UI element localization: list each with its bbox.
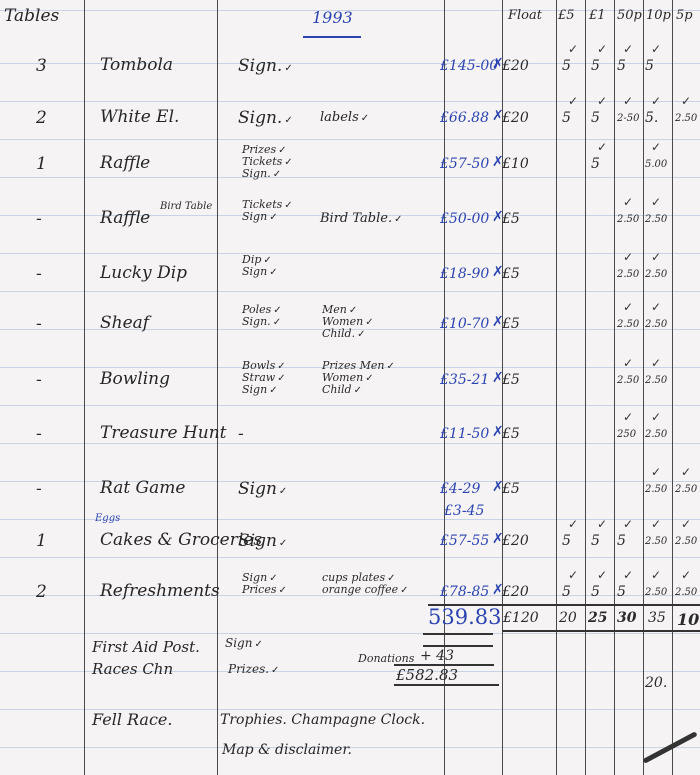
float-amount: £10 (502, 156, 529, 172)
check-icon: ✓ (623, 42, 633, 56)
check-icon: ✓ (651, 465, 661, 479)
column-divider (84, 0, 85, 775)
coin-c1: 5 (591, 58, 600, 74)
stall-name: Raffle (100, 208, 150, 228)
cross-mark-icon: ✗ (492, 582, 504, 598)
cross-mark-icon: ✗ (492, 531, 504, 547)
check-icon: ✓ (651, 568, 661, 582)
coin-c5p: 2.50 (675, 587, 697, 598)
col-50p: 50p (617, 8, 642, 23)
total-float: £120 (503, 610, 539, 626)
cross-mark-icon: ✗ (492, 424, 504, 440)
float-amount: £5 (502, 316, 520, 332)
prep-item: Sign (238, 531, 287, 551)
coin-c5p: 2.50 (675, 484, 697, 495)
tables-count: 2 (36, 108, 47, 128)
coin-c10p: 2.50 (645, 319, 667, 330)
prep-item: Sign. (238, 108, 293, 128)
check-icon: ✓ (623, 250, 633, 264)
check-icon: ✓ (681, 568, 691, 582)
column-divider (614, 0, 615, 775)
check-icon: ✓ (568, 42, 578, 56)
coin-c5: 5 (562, 533, 571, 549)
total-10p: 35 (648, 610, 666, 626)
coin-c50p: 2.50 (617, 214, 639, 225)
stall-name: Sheaf (100, 313, 149, 333)
float-amount: £5 (502, 481, 520, 497)
column-divider (556, 0, 557, 775)
tables-header: Tables (4, 6, 59, 26)
cross-mark-icon: ✗ (492, 479, 504, 495)
prep-item: Sign. (238, 56, 293, 76)
stall-name: Refreshments (100, 581, 220, 601)
races-items: Prizes. (228, 664, 279, 676)
col-float: Float (508, 8, 542, 23)
stall-name: Raffle (100, 153, 150, 173)
coin-c1: 5 (591, 533, 600, 549)
takings: £18-90 (440, 266, 489, 282)
coin-c10p: 2.50 (645, 536, 667, 547)
coin-c10p: 5. (645, 110, 658, 126)
takings: £50-00 (440, 211, 489, 227)
takings: £4-29 (440, 481, 480, 497)
check-icon: ✓ (597, 140, 607, 154)
check-icon: ✓ (651, 42, 661, 56)
stall-name: Treasure Hunt (100, 423, 226, 443)
prep-item: Prices (242, 584, 287, 596)
column-divider (217, 0, 218, 775)
column-divider (672, 0, 673, 775)
check-icon: ✓ (568, 568, 578, 582)
tables-count: - (36, 370, 42, 390)
tables-count: - (36, 264, 42, 284)
cross-mark-icon: ✗ (492, 108, 504, 124)
grand-total: £582.83 (396, 666, 458, 684)
column-divider (585, 0, 586, 775)
float-amount: £5 (502, 372, 520, 388)
coin-c50p: 5 (617, 584, 626, 600)
prep-item: Sign. (242, 168, 281, 180)
races-10p-value: 20. (645, 675, 667, 691)
tables-count: 1 (36, 154, 47, 174)
takings: £145-00 (440, 58, 498, 74)
col-5-pound: £5 (558, 8, 575, 23)
takings-underline (423, 633, 493, 635)
takings: £35-21 (440, 372, 489, 388)
stall-name: Bowling (100, 369, 170, 389)
coin-c5p: 2.50 (675, 113, 697, 124)
check-icon: ✓ (651, 410, 661, 424)
stall-name: Lucky Dip (100, 263, 187, 283)
check-icon: ✓ (597, 517, 607, 531)
prep-item-2: labels (320, 110, 369, 125)
cross-mark-icon: ✗ (492, 154, 504, 170)
coin-c50p: 2-50 (617, 113, 639, 124)
coin-c10p: 5.00 (645, 159, 667, 170)
takings: £11-50 (440, 426, 489, 442)
check-icon: ✓ (568, 517, 578, 531)
tables-count: 1 (36, 531, 47, 551)
takings-2: £3-45 (444, 503, 484, 519)
donations-amount: + 43 (420, 648, 454, 664)
cross-mark-icon: ✗ (492, 209, 504, 225)
prep-item-2: Child (322, 384, 362, 396)
coin-c1: 5 (591, 584, 600, 600)
stall-note: Eggs (95, 513, 120, 524)
total-50p: 30 (617, 610, 636, 626)
coin-c5: 5 (562, 58, 571, 74)
prep-item: Sign (242, 211, 278, 223)
coin-c5: 5 (562, 110, 571, 126)
year-underline (303, 36, 361, 38)
check-icon: ✓ (623, 94, 633, 108)
check-icon: ✓ (681, 517, 691, 531)
prep-item: Sign (238, 479, 287, 499)
check-icon: ✓ (651, 195, 661, 209)
takings: £66.88 (440, 110, 489, 126)
total-1-pound: 25 (588, 610, 607, 626)
check-icon: ✓ (623, 195, 633, 209)
check-icon: ✓ (623, 517, 633, 531)
col-10p: 10p (646, 8, 671, 23)
coin-c50p: 5 (617, 58, 626, 74)
total-5p: 10 (677, 610, 699, 629)
tables-count: - (36, 479, 42, 499)
check-icon: ✓ (623, 568, 633, 582)
coin-c50p: 2.50 (617, 269, 639, 280)
col-1-pound: £1 (589, 8, 606, 23)
totals-bottom-rule (502, 630, 700, 632)
coin-c1: 5 (591, 110, 600, 126)
col-5p: 5p (676, 8, 693, 23)
stall-name: Tombola (100, 55, 173, 75)
float-amount: £20 (502, 533, 529, 549)
check-icon: ✓ (597, 94, 607, 108)
check-icon: ✓ (623, 410, 633, 424)
fell-race-items: Trophies. Champagne Clock. (220, 712, 425, 728)
stall-fell-race: Fell Race. (92, 710, 172, 729)
total-takings: 539.83 (428, 605, 501, 629)
stall-first-aid: First Aid Post. (92, 638, 200, 656)
coin-c10p: 2.50 (645, 214, 667, 225)
takings: £78-85 (440, 584, 489, 600)
stall-note: Bird Table (160, 201, 212, 212)
coin-c10p: 5 (645, 58, 654, 74)
coin-c50p: 5 (617, 533, 626, 549)
stall-races-chn: Races Chn (92, 660, 173, 678)
cross-mark-icon: ✗ (492, 264, 504, 280)
coin-c50p: 2.50 (617, 319, 639, 330)
check-icon: ✓ (681, 465, 691, 479)
float-amount: £5 (502, 211, 520, 227)
column-divider (643, 0, 644, 775)
float-amount: £20 (502, 110, 529, 126)
prep-item: - (238, 424, 244, 444)
takings: £57-50 (440, 156, 489, 172)
prep-item: Sign (242, 384, 278, 396)
fell-race-items-2: Map & disclaimer. (222, 742, 352, 758)
cross-mark-icon: ✗ (492, 370, 504, 386)
check-icon: ✓ (651, 300, 661, 314)
year-heading: 1993 (312, 8, 353, 27)
prep-item-2: Child. (322, 328, 365, 340)
coin-c10p: 2.50 (645, 587, 667, 598)
tables-count: - (36, 314, 42, 334)
check-icon: ✓ (651, 250, 661, 264)
check-icon: ✓ (681, 94, 691, 108)
tables-count: - (36, 209, 42, 229)
check-icon: ✓ (623, 356, 633, 370)
tables-count: 3 (36, 56, 47, 76)
grand-total-underline (394, 684, 499, 686)
float-amount: £5 (502, 426, 520, 442)
coin-c1: 5 (591, 156, 600, 172)
check-icon: ✓ (597, 568, 607, 582)
check-icon: ✓ (623, 300, 633, 314)
prep-item-2: orange coffee (322, 584, 409, 596)
tables-count: - (36, 424, 42, 444)
check-icon: ✓ (651, 94, 661, 108)
tables-count: 2 (36, 582, 47, 602)
takings: £57-55 (440, 533, 489, 549)
check-icon: ✓ (651, 356, 661, 370)
check-icon: ✓ (568, 94, 578, 108)
float-amount: £20 (502, 58, 529, 74)
coin-c50p: 2.50 (617, 375, 639, 386)
total-5-pound: 20 (559, 610, 577, 626)
coin-c10p: 2.50 (645, 269, 667, 280)
prep-item-2: Bird Table. (320, 211, 403, 226)
takings-underline-2 (423, 645, 493, 647)
coin-c5p: 2.50 (675, 536, 697, 547)
check-icon: ✓ (651, 517, 661, 531)
grand-total-top-rule (394, 664, 494, 666)
stall-name: White El. (100, 107, 179, 127)
first-aid-items: Sign (225, 638, 263, 650)
cross-mark-icon: ✗ (492, 56, 504, 72)
prep-item: Sign (242, 266, 278, 278)
cross-mark-icon: ✗ (492, 314, 504, 330)
takings: £10-70 (440, 316, 489, 332)
coin-c10p: 2.50 (645, 484, 667, 495)
coin-c5: 5 (562, 584, 571, 600)
float-amount: £5 (502, 266, 520, 282)
check-icon: ✓ (651, 140, 661, 154)
coin-c10p: 2.50 (645, 375, 667, 386)
prep-item: Sign. (242, 316, 281, 328)
float-amount: £20 (502, 584, 529, 600)
check-icon: ✓ (597, 42, 607, 56)
coin-c50p: 250 (617, 429, 636, 440)
coin-c10p: 2.50 (645, 429, 667, 440)
stall-name: Rat Game (100, 478, 185, 498)
